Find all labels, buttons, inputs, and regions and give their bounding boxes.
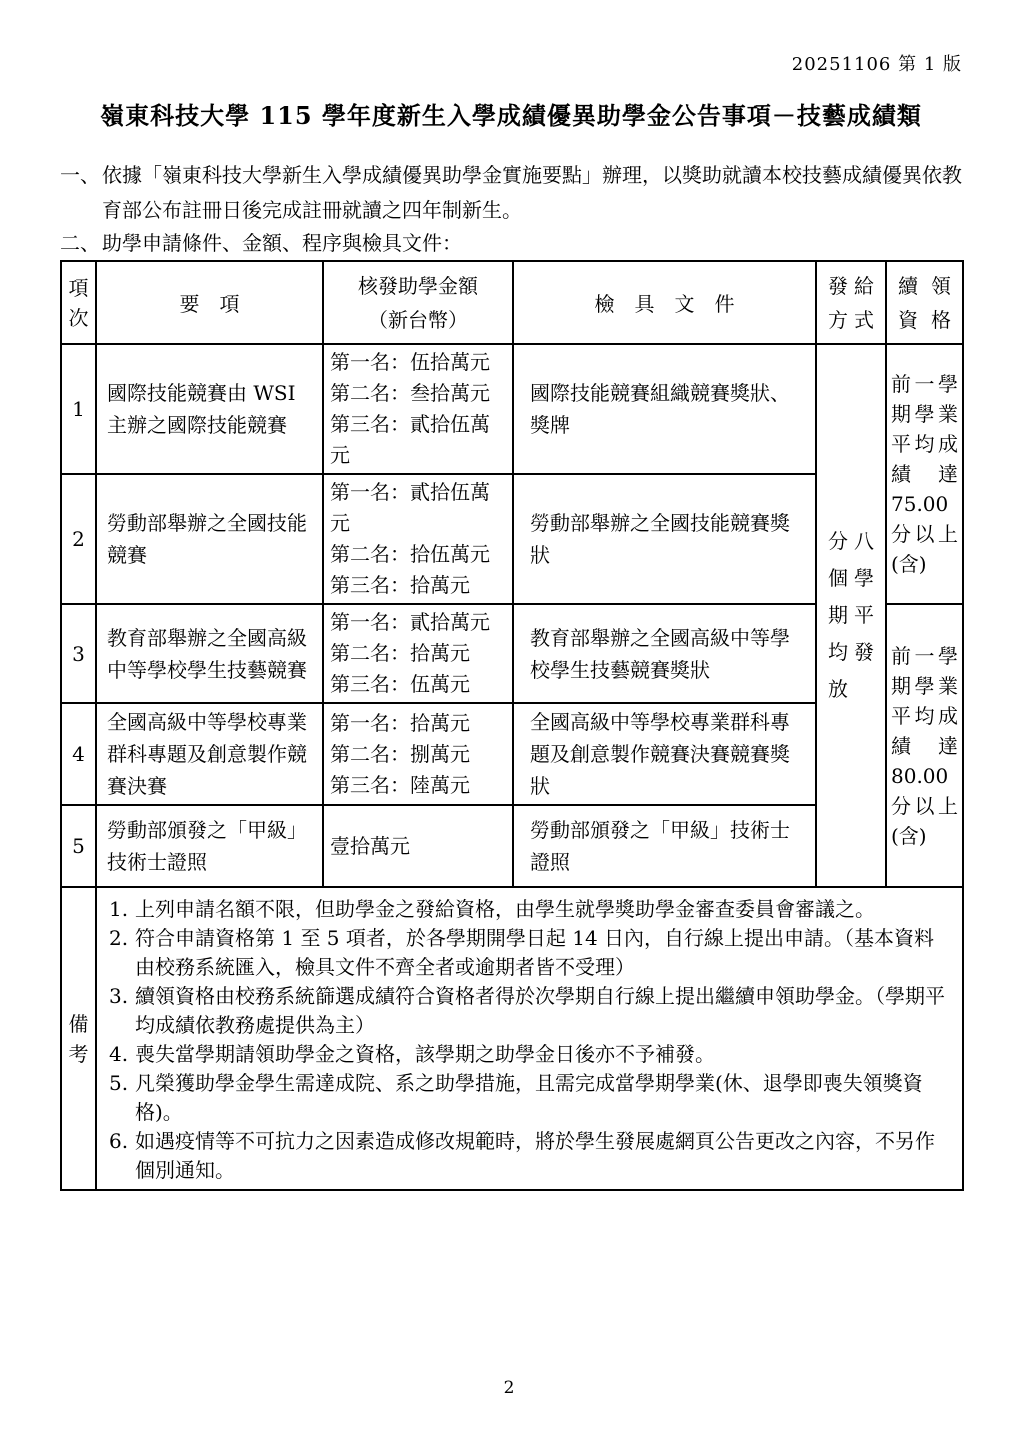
note-text: 如遇疫情等不可抗力之因素造成修改規範時，將於學生發展處網頁公告更改之內容，不另作…	[135, 1129, 935, 1182]
amount-cell: 第一名：伍拾萬元 第二名：叁拾萬元 第三名：貳拾伍萬元	[323, 344, 513, 474]
document-content: 20251106 第 1 版 嶺東科技大學 115 學年度新生入學成績優異助學金…	[60, 0, 962, 1191]
note-text: 續領資格由校務系統篩選成績符合資格者得於次學期自行線上提出繼續申領助學金。（學期…	[135, 984, 945, 1037]
documents-cell: 勞動部頒發之「甲級」技術士證照	[513, 805, 816, 887]
intro-section: 一、依據「嶺東科技大學新生入學成績優異助學金實施要點」辦理，以獎助就讀本校技藝成…	[60, 158, 962, 258]
header-item-name: 要 項	[96, 261, 323, 344]
notes-label-cell: 備考	[61, 887, 96, 1190]
documents-cell: 勞動部舉辦之全國技能競賽獎狀	[513, 474, 816, 604]
note-number: 2.	[109, 924, 135, 953]
item-name-cell: 教育部舉辦之全國高級中等學校學生技藝競賽	[96, 604, 323, 703]
note-number: 4.	[109, 1040, 135, 1069]
payment-method-cell: 分八個學期平均發放	[816, 344, 886, 887]
item-name-cell: 勞動部舉辦之全國技能競賽	[96, 474, 323, 604]
note-text: 符合申請資格第 1 至 5 項者，於各學期開學日起 14 日內，自行線上提出申請…	[135, 926, 934, 979]
documents-cell: 全國高級中等學校專業群科專題及創意製作競賽決賽競賽獎狀	[513, 703, 816, 805]
page-title: 嶺東科技大學 115 學年度新生入學成績優異助學金公告事項－技藝成績類	[60, 98, 962, 134]
note-number: 3.	[109, 982, 135, 1011]
scholarship-table: 項次 要 項 核發助學金額 （新台幣） 檢 具 文 件 發給方式 續領資格 1 …	[60, 260, 964, 1191]
documents-cell: 教育部舉辦之全國高級中等學校學生技藝競賽獎狀	[513, 604, 816, 703]
item-no-cell: 2	[61, 474, 96, 604]
header-documents: 檢 具 文 件	[513, 261, 816, 344]
note-item-2: 2.符合申請資格第 1 至 5 項者，於各學期開學日起 14 日內，自行線上提出…	[109, 924, 952, 982]
intro-number: 二、	[60, 228, 102, 258]
table-row-1: 1 國際技能競賽由 WSI 主辦之國際技能競賽 第一名：伍拾萬元 第二名：叁拾萬…	[61, 344, 963, 474]
note-item-1: 1.上列申請名額不限，但助學金之發給資格，由學生就學獎助學金審查委員會審議之。	[109, 895, 952, 924]
document-page: 20251106 第 1 版 嶺東科技大學 115 學年度新生入學成績優異助學金…	[0, 0, 1018, 1440]
item-name-cell: 勞動部頒發之「甲級」技術士證照	[96, 805, 323, 887]
intro-item-1: 一、依據「嶺東科技大學新生入學成績優異助學金實施要點」辦理，以獎助就讀本校技藝成…	[60, 158, 962, 228]
amount-cell: 第一名：貳拾萬元 第二名：拾萬元 第三名：伍萬元	[323, 604, 513, 703]
amount-cell: 第一名：拾萬元 第二名：捌萬元 第三名：陸萬元	[323, 703, 513, 805]
item-no-cell: 5	[61, 805, 96, 887]
note-number: 6.	[109, 1127, 135, 1156]
header-renewal: 續領資格	[886, 261, 963, 344]
amount-cell: 第一名：貳拾伍萬元 第二名：拾伍萬元 第三名：拾萬元	[323, 474, 513, 604]
note-item-3: 3.續領資格由校務系統篩選成績符合資格者得於次學期自行線上提出繼續申領助學金。（…	[109, 982, 952, 1040]
header-amount: 核發助學金額 （新台幣）	[323, 261, 513, 344]
version-text: 20251106 第 1 版	[60, 52, 962, 78]
notes-row: 備考 1.上列申請名額不限，但助學金之發給資格，由學生就學獎助學金審查委員會審議…	[61, 887, 963, 1190]
intro-number: 一、	[60, 158, 102, 193]
item-no-cell: 1	[61, 344, 96, 474]
header-payment-method: 發給方式	[816, 261, 886, 344]
intro-text: 助學申請條件、金額、程序與檢具文件：	[102, 231, 462, 255]
note-item-5: 5.凡榮獲助學金學生需達成院、系之助學措施，且需完成當學期學業(休、退學即喪失領…	[109, 1069, 952, 1127]
note-text: 喪失當學期請領助學金之資格，該學期之助學金日後亦不予補發。	[135, 1042, 715, 1066]
note-item-6: 6.如遇疫情等不可抗力之因素造成修改規範時，將於學生發展處網頁公告更改之內容，不…	[109, 1127, 952, 1185]
intro-text: 依據「嶺東科技大學新生入學成績優異助學金實施要點」辦理，以獎助就讀本校技藝成績優…	[102, 163, 962, 222]
header-item-no: 項次	[61, 261, 96, 344]
item-no-cell: 3	[61, 604, 96, 703]
item-name-cell: 全國高級中等學校專業群科專題及創意製作競賽決賽	[96, 703, 323, 805]
page-number: 2	[0, 1378, 1018, 1398]
note-item-4: 4.喪失當學期請領助學金之資格，該學期之助學金日後亦不予補發。	[109, 1040, 952, 1069]
documents-cell: 國際技能競賽組織競賽獎狀、獎牌	[513, 344, 816, 474]
renewal-qualification-cell-2: 前一學期學業平均成績達80.00分以上(含)	[886, 604, 963, 887]
note-text: 上列申請名額不限，但助學金之發給資格，由學生就學獎助學金審查委員會審議之。	[135, 897, 875, 921]
notes-cell: 1.上列申請名額不限，但助學金之發給資格，由學生就學獎助學金審查委員會審議之。 …	[96, 887, 963, 1190]
note-number: 1.	[109, 895, 135, 924]
renewal-qualification-cell-1: 前一學期學業平均成績達75.00分以上(含)	[886, 344, 963, 604]
intro-item-2: 二、助學申請條件、金額、程序與檢具文件：	[60, 228, 962, 258]
note-text: 凡榮獲助學金學生需達成院、系之助學措施，且需完成當學期學業(休、退學即喪失領獎資…	[135, 1071, 923, 1124]
item-no-cell: 4	[61, 703, 96, 805]
table-header-row: 項次 要 項 核發助學金額 （新台幣） 檢 具 文 件 發給方式 續領資格	[61, 261, 963, 344]
amount-cell: 壹拾萬元	[323, 805, 513, 887]
note-number: 5.	[109, 1069, 135, 1098]
item-name-cell: 國際技能競賽由 WSI 主辦之國際技能競賽	[96, 344, 323, 474]
